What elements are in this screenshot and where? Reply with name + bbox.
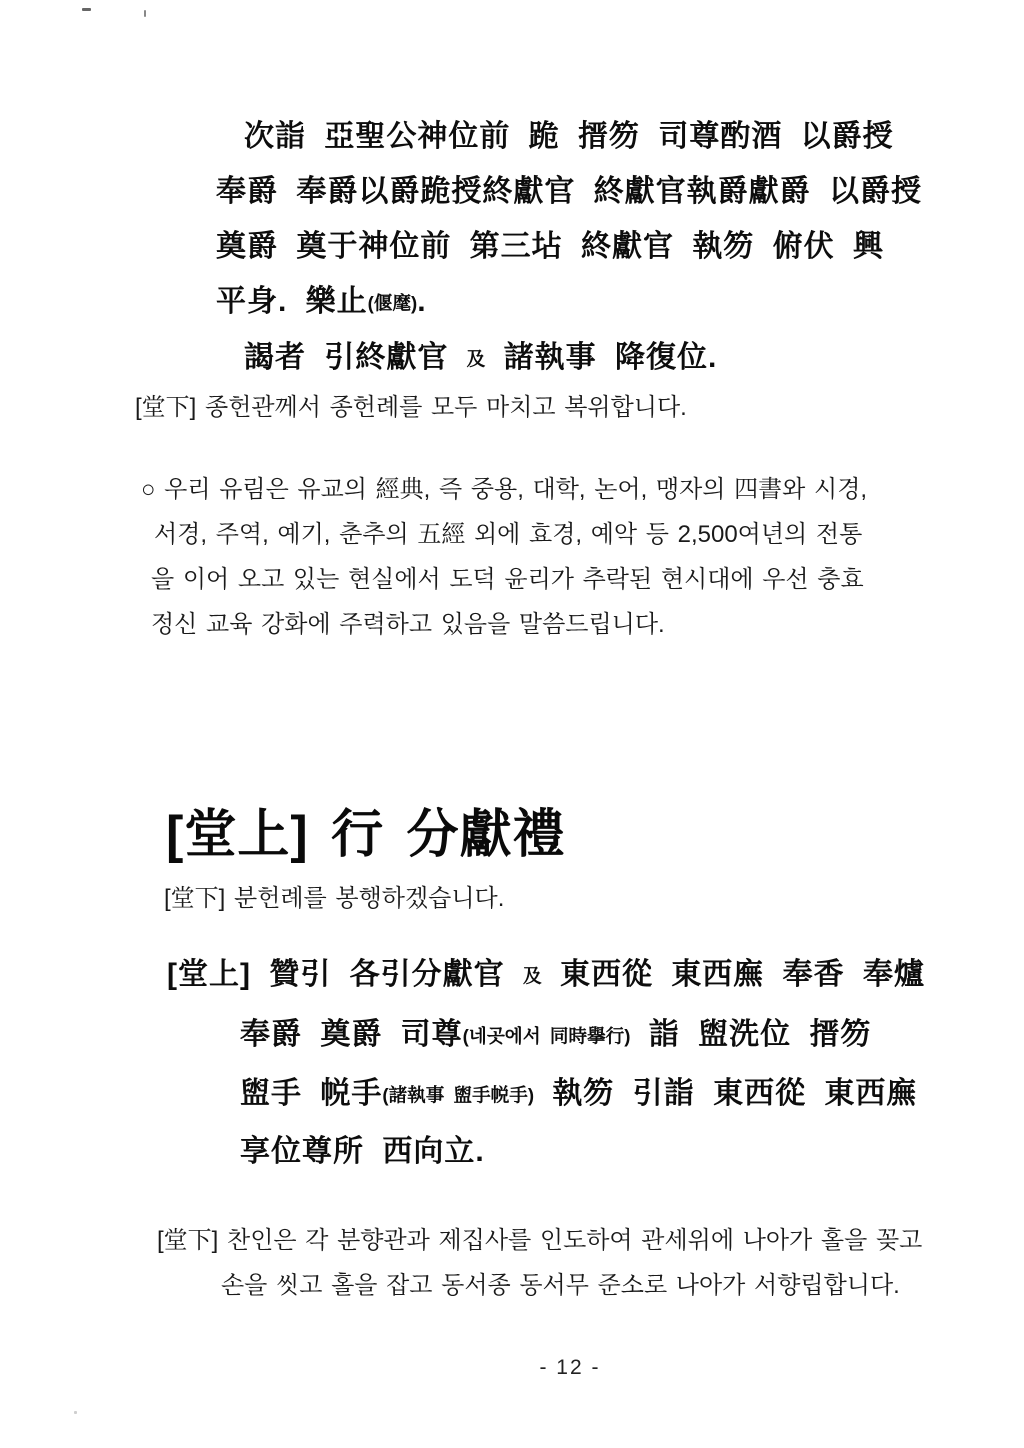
ritual-instruction-line: 平身. 樂止(偃麾).	[216, 285, 427, 320]
ritual-instruction-line: 盥手 帨手(諸執事 盥手帨手) 執笏 引詣 東西從 東西廡	[240, 1077, 917, 1112]
notice-paragraph-line: 정신 교육 강화에 주력하고 있음을 말씀드립니다.	[151, 611, 665, 640]
notice-paragraph-line: 을 이어 오고 있는 현실에서 도덕 윤리가 추락된 현시대에 우선 충효	[151, 566, 864, 595]
ritual-instruction-line: 享位尊所 西向立.	[240, 1135, 485, 1170]
notice-paragraph-line: 서경, 주역, 예기, 춘추의 五經 외에 효경, 예악 등 2,500여년의 …	[154, 521, 862, 550]
ritual-instruction-line: 奉爵 奉爵以爵跪授終獻官 終獻官執爵獻爵 以爵授	[216, 175, 922, 210]
hall-announcement: [堂下] 분헌례를 봉행하겠습니다.	[164, 885, 504, 914]
page-number: - 12 -	[505, 1356, 635, 1380]
notice-paragraph-line: ○ 우리 유림은 유교의 經典, 즉 중용, 대학, 논어, 맹자의 四書와 시…	[141, 476, 867, 505]
scan-speck	[82, 8, 91, 11]
ritual-instruction-line: 奠爵 奠于神位前 第三坫 終獻官 執笏 俯伏 興	[216, 230, 884, 265]
ritual-instruction-line: 奉爵 奠爵 司尊(네곳에서 同時擧行) 詣 盥洗位 搢笏	[240, 1018, 871, 1053]
scan-speck	[144, 10, 146, 17]
document-page: 次詣 亞聖公神位前 跪 搢笏 司尊酌酒 以爵授 奉爵 奉爵以爵跪授終獻官 終獻官…	[0, 0, 1024, 1448]
hall-announcement: 손을 씻고 홀을 잡고 동서종 동서무 준소로 나아가 서향립합니다.	[221, 1272, 900, 1301]
hall-announcement: [堂下] 종헌관께서 종헌례를 모두 마치고 복위합니다.	[135, 394, 687, 423]
hall-announcement: [堂下] 찬인은 각 분향관과 제집사를 인도하여 관세위에 나아가 홀을 꽂고	[157, 1227, 922, 1256]
ritual-instruction-line: [堂上] 贊引 各引分獻官 及 東西從 東西廡 奉香 奉爐	[167, 958, 925, 993]
scan-speck	[74, 1411, 77, 1414]
section-heading: [堂上] 行 分獻禮	[166, 792, 566, 867]
ritual-instruction-line: 謁者 引終獻官 及 諸執事 降復位.	[244, 341, 717, 376]
ritual-instruction-line: 次詣 亞聖公神位前 跪 搢笏 司尊酌酒 以爵授	[244, 120, 894, 155]
